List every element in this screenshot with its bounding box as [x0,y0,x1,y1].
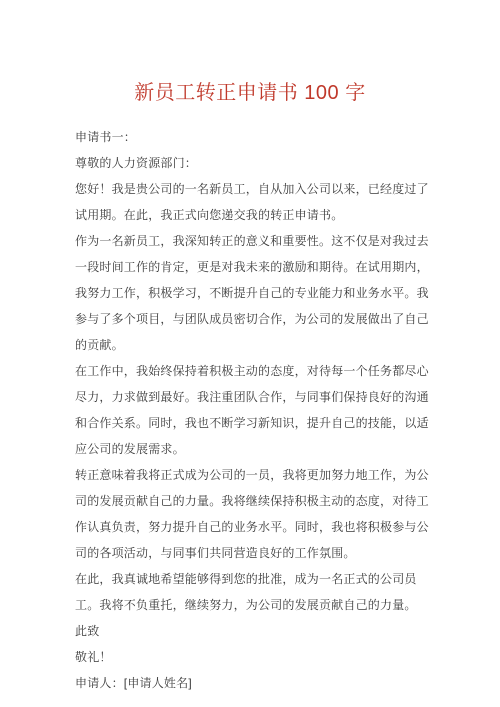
paragraph-commitment: 转正意味着我将正式成为公司的一员，我将更加努力地工作，为公司的发展贡献自己的力量… [75,462,438,566]
page-title: 新员工转正申请书 100 字 [0,80,500,106]
paragraph-applicant-signature: 申请人：[申请人姓名] [75,670,438,696]
document-body: 申请书一： 尊敬的人力资源部门： 您好！我是贵公司的一名新员工，自从加入公司以来… [75,124,438,696]
paragraph-attitude: 在工作中，我始终保持着积极主动的态度，对待每一个任务都尽心尽力，力求做到最好。我… [75,358,438,462]
paragraph-closing-salute: 敬礼！ [75,644,438,670]
paragraph-work-review: 作为一名新员工，我深知转正的意义和重要性。这不仅是对我过去一段时间工作的肯定，更… [75,228,438,358]
paragraph-addressee: 尊敬的人力资源部门： [75,150,438,176]
paragraph-salutation-label: 申请书一： [75,124,438,150]
paragraph-request: 在此，我真诚地希望能够得到您的批准，成为一名正式的公司员工。我将不负重托，继续努… [75,566,438,618]
paragraph-intro: 您好！我是贵公司的一名新员工，自从加入公司以来，已经度过了试用期。在此，我正式向… [75,176,438,228]
document-page: 新员工转正申请书 100 字 申请书一： 尊敬的人力资源部门： 您好！我是贵公司… [0,0,500,707]
paragraph-closing-cizhi: 此致 [75,618,438,644]
